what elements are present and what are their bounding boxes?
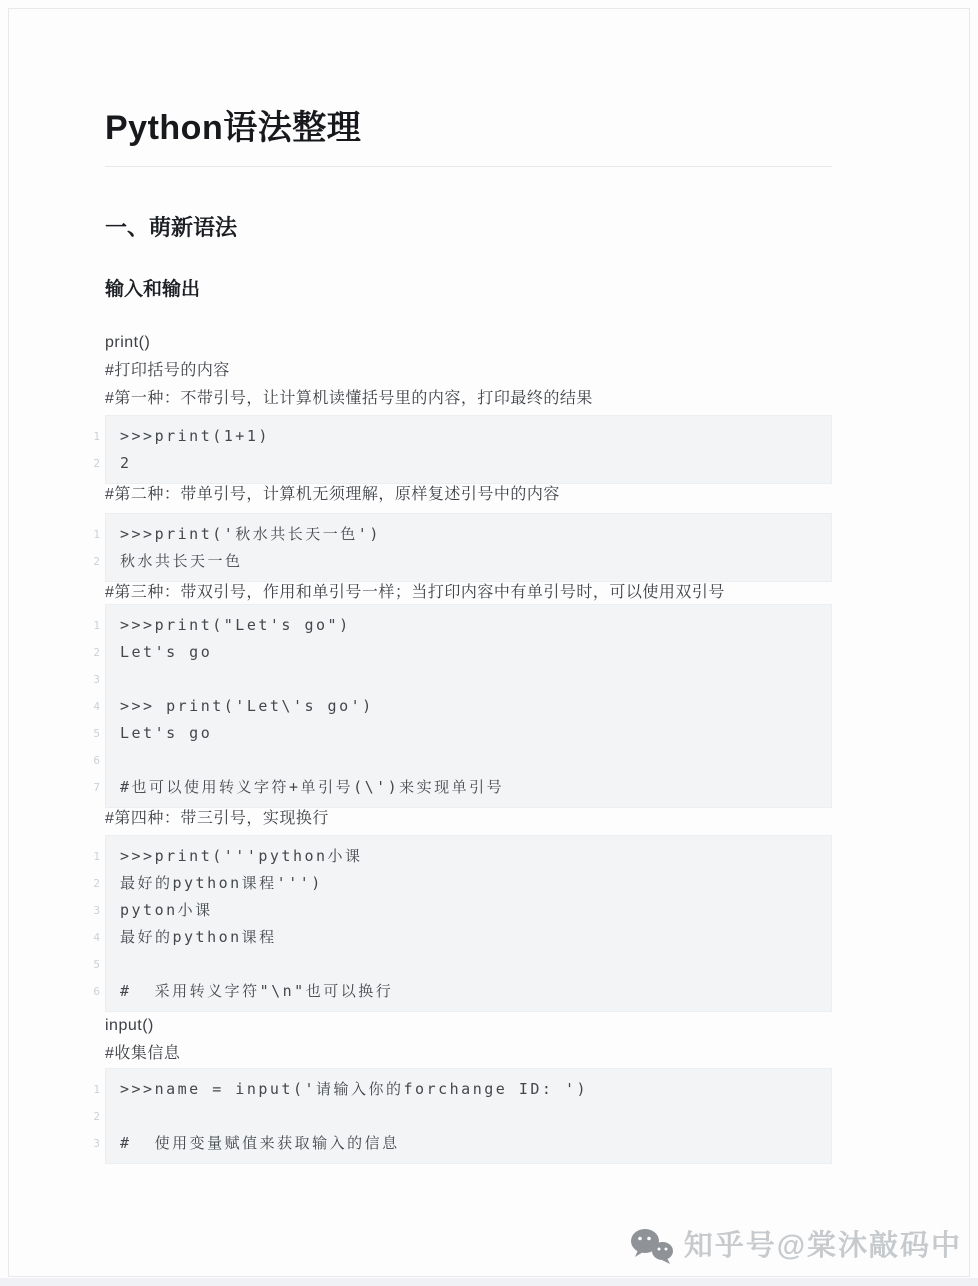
- line-number-gutter: 1 2 3 4 5 6 7: [86, 604, 105, 808]
- code-line: [120, 951, 823, 978]
- code-body: >>>print('秋水共长天一色') 秋水共长天一色: [105, 513, 832, 582]
- line-number: 2: [86, 639, 105, 666]
- document-content: Python语法整理 一、萌新语法 输入和输出 print() #打印括号的内容…: [105, 0, 832, 1164]
- line-number: 4: [86, 693, 105, 720]
- code-line: >>>print('秋水共长天一色'): [120, 521, 823, 548]
- section-heading: 一、萌新语法: [105, 214, 832, 242]
- caption-third-kind: #第三种：带双引号，作用和单引号一样；当打印内容中有单引号时，可以使用双引号: [105, 582, 832, 604]
- line-number: 1: [86, 423, 105, 450]
- line-number: 7: [86, 774, 105, 801]
- line-number: 6: [86, 978, 105, 1005]
- line-number: 1: [86, 521, 105, 548]
- caption-fourth-kind: #第四种：带三引号，实现换行: [105, 808, 832, 830]
- print-intro-line: print(): [105, 329, 832, 357]
- code-body: >>>print("Let's go") Let's go >>> print(…: [105, 604, 832, 808]
- wechat-icon: [629, 1227, 675, 1265]
- code-line: [120, 1103, 823, 1130]
- line-number: 5: [86, 720, 105, 747]
- subsection-heading: 输入和输出: [105, 278, 832, 302]
- line-number-gutter: 1 2: [86, 513, 105, 582]
- code-line: 秋水共长天一色: [120, 548, 823, 575]
- line-number: 2: [86, 548, 105, 575]
- code-line: [120, 747, 823, 774]
- code-line: 2: [120, 450, 823, 477]
- line-number-gutter: 1 2 3 4 5 6: [86, 835, 105, 1012]
- watermark: 知乎号@棠沐敲码中: [629, 1226, 962, 1266]
- code-block-print-numbers: 1 2 >>>print(1+1) 2: [86, 415, 832, 484]
- code-body: >>>name = input('请输入你的forchange ID: ') #…: [105, 1068, 832, 1164]
- line-number: 1: [86, 843, 105, 870]
- title-divider: [105, 166, 832, 167]
- code-body: >>>print('''python小课 最好的python课程''') pyt…: [105, 835, 832, 1012]
- print-intro-line: #打印括号的内容: [105, 357, 832, 385]
- bottom-strip: [0, 1278, 978, 1286]
- line-number: 1: [86, 612, 105, 639]
- line-number: 2: [86, 450, 105, 477]
- code-line: 最好的python课程: [120, 924, 823, 951]
- line-number-gutter: 1 2 3: [86, 1068, 105, 1164]
- code-block-triple-quotes: 1 2 3 4 5 6 >>>print('''python小课 最好的pyth…: [86, 835, 832, 1012]
- code-line: >>>print("Let's go"): [120, 612, 823, 639]
- code-line: # 采用转义字符"\n"也可以换行: [120, 978, 823, 1005]
- line-number: 5: [86, 951, 105, 978]
- watermark-text: 知乎号@棠沐敲码中: [684, 1226, 962, 1266]
- code-line: 最好的python课程'''): [120, 870, 823, 897]
- line-number: 1: [86, 1076, 105, 1103]
- code-line: # 使用变量赋值来获取输入的信息: [120, 1130, 823, 1157]
- line-number: 3: [86, 897, 105, 924]
- line-number: 2: [86, 1103, 105, 1130]
- line-number: 3: [86, 666, 105, 693]
- code-block-single-quotes: 1 2 >>>print('秋水共长天一色') 秋水共长天一色: [86, 513, 832, 582]
- code-line: pyton小课: [120, 897, 823, 924]
- code-body: >>>print(1+1) 2: [105, 415, 832, 484]
- code-line: >>>print(1+1): [120, 423, 823, 450]
- caption-second-kind: #第二种：带单引号，计算机无须理解，原样复述引号中的内容: [105, 484, 832, 506]
- code-line: Let's go: [120, 639, 823, 666]
- code-line: >>>print('''python小课: [120, 843, 823, 870]
- line-number: 2: [86, 870, 105, 897]
- line-number: 6: [86, 747, 105, 774]
- print-intro-line: #第一种：不带引号，让计算机读懂括号里的内容，打印最终的结果: [105, 385, 832, 413]
- code-line: #也可以使用转义字符+单引号(\')来实现单引号: [120, 774, 823, 801]
- code-line: >>> print('Let\'s go'): [120, 693, 823, 720]
- line-number-gutter: 1 2: [86, 415, 105, 484]
- code-block-double-quotes: 1 2 3 4 5 6 7 >>>print("Let's go") Let's…: [86, 604, 832, 808]
- code-block-input: 1 2 3 >>>name = input('请输入你的forchange ID…: [86, 1068, 832, 1164]
- code-line: Let's go: [120, 720, 823, 747]
- code-line: >>>name = input('请输入你的forchange ID: '): [120, 1076, 823, 1103]
- input-intro-line: input(): [105, 1012, 832, 1040]
- input-intro-line: #收集信息: [105, 1040, 832, 1068]
- page-title: Python语法整理: [105, 106, 832, 150]
- line-number: 4: [86, 924, 105, 951]
- line-number: 3: [86, 1130, 105, 1157]
- code-line: [120, 666, 823, 693]
